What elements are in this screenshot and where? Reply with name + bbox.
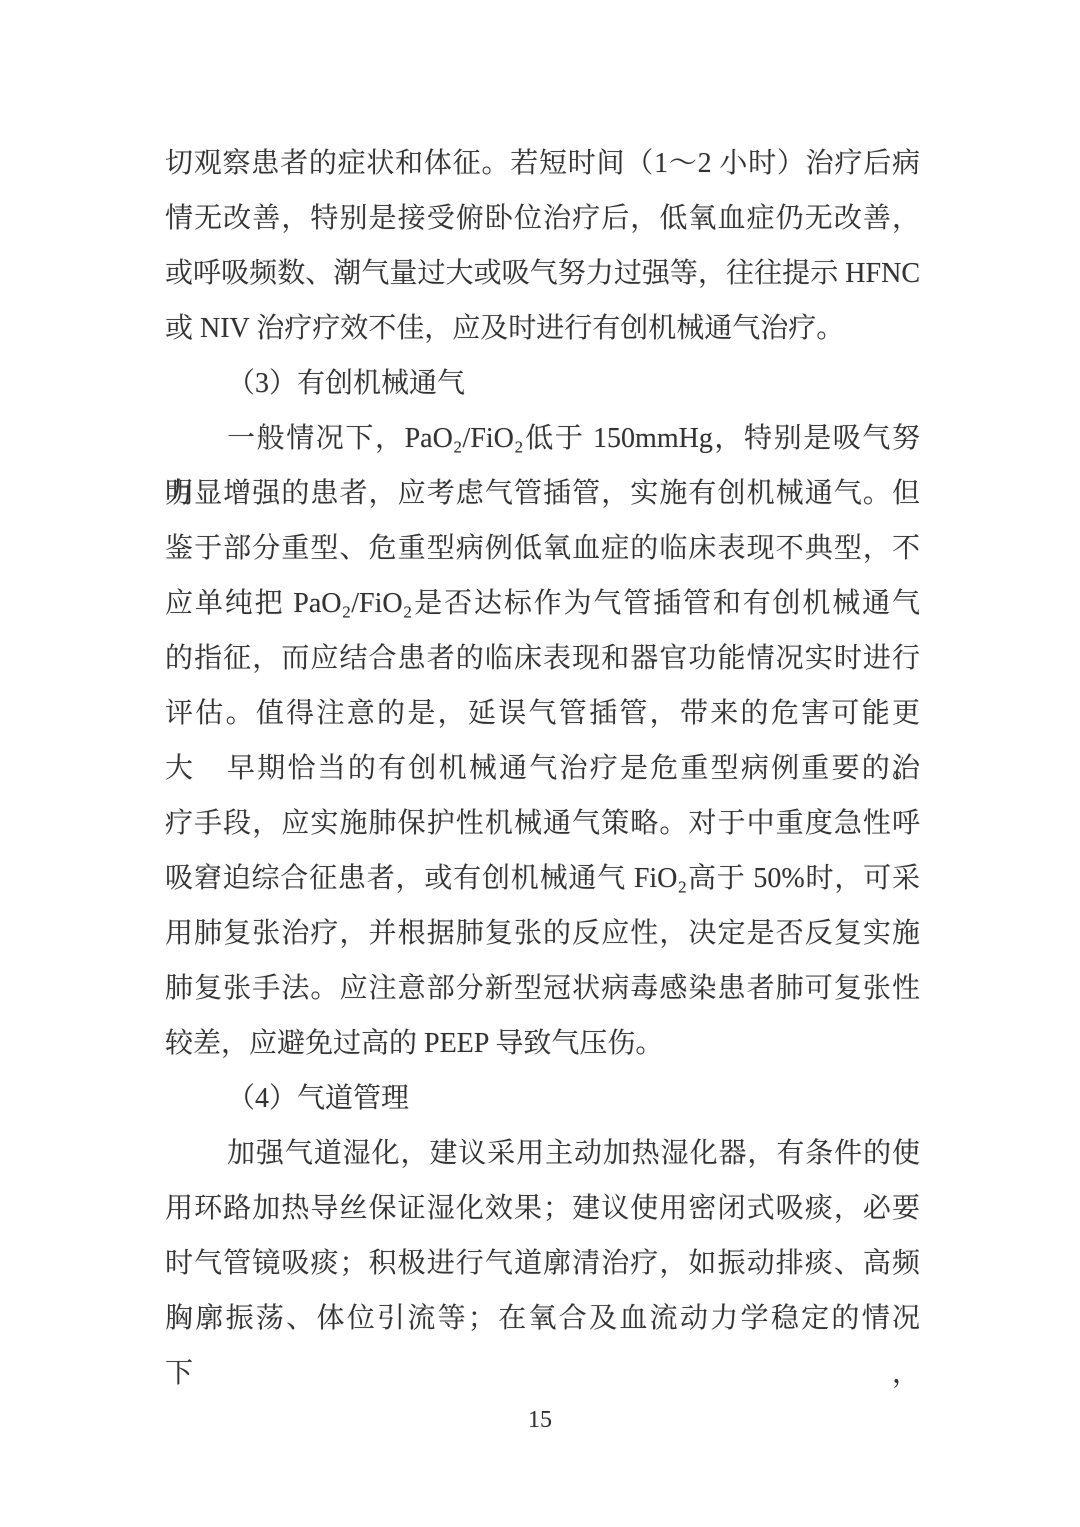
text-line: 或 NIV 治疗疗效不佳，应及时进行有创机械通气治疗。 [165,301,920,356]
document-page: 切观察患者的症状和体征。若短时间（1～2 小时）治疗后病情无改善，特别是接受俯卧… [0,0,1080,1527]
text-line: 用肺复张治疗，并根据肺复张的反应性，决定是否反复实施 [165,906,920,961]
text-line: 或呼吸频数、潮气量过大或吸气努力过强等，往往提示 HFNC [165,246,920,301]
text-line: 鉴于部分重型、危重型病例低氧血症的临床表现不典型，不 [165,521,920,576]
text-line: 胸廓振荡、体位引流等；在氧合及血流动力学稳定的情况下， [165,1291,920,1346]
paragraph: 一般情况下，PaO₂/FiO₂低于 150mmHg，特别是吸气努力明显增强的患者… [165,411,920,741]
paragraph: （3）有创机械通气 [165,356,920,411]
text-line: 明显增强的患者，应考虑气管插管，实施有创机械通气。但 [165,466,920,521]
text-line: 较差，应避免过高的 PEEP 导致气压伤。 [165,1016,920,1071]
paragraph: 切观察患者的症状和体征。若短时间（1～2 小时）治疗后病情无改善，特别是接受俯卧… [165,136,920,356]
text-line: 评估。值得注意的是，延误气管插管，带来的危害可能更大。 [165,686,920,741]
text-line: 情无改善，特别是接受俯卧位治疗后，低氧血症仍无改善， [165,191,920,246]
text-line: （3）有创机械通气 [165,356,920,411]
text-line: 应单纯把 PaO₂/FiO₂是否达标作为气管插管和有创机械通气 [165,576,920,631]
page-footer: 15 [0,1406,1080,1434]
text-line: 吸窘迫综合征患者，或有创机械通气 FiO₂高于 50%时，可采 [165,851,920,906]
document-text-block: 切观察患者的症状和体征。若短时间（1～2 小时）治疗后病情无改善，特别是接受俯卧… [165,136,920,1346]
paragraph: 早期恰当的有创机械通气治疗是危重型病例重要的治疗手段，应实施肺保护性机械通气策略… [165,741,920,1071]
paragraph: （4）气道管理 [165,1071,920,1126]
text-line: 肺复张手法。应注意部分新型冠状病毒感染患者肺可复张性 [165,961,920,1016]
text-line: （4）气道管理 [165,1071,920,1126]
text-line: 一般情况下，PaO₂/FiO₂低于 150mmHg，特别是吸气努力 [165,411,920,466]
page-number: 15 [528,1407,552,1433]
text-line: 用环路加热导丝保证湿化效果；建议使用密闭式吸痰，必要 [165,1181,920,1236]
text-line: 时气管镜吸痰；积极进行气道廓清治疗，如振动排痰、高频 [165,1236,920,1291]
text-line: 切观察患者的症状和体征。若短时间（1～2 小时）治疗后病 [165,136,920,191]
paragraph: 加强气道湿化，建议采用主动加热湿化器，有条件的使用环路加热导丝保证湿化效果；建议… [165,1126,920,1346]
text-line: 早期恰当的有创机械通气治疗是危重型病例重要的治 [165,741,920,796]
text-line: 疗手段，应实施肺保护性机械通气策略。对于中重度急性呼 [165,796,920,851]
text-line: 加强气道湿化，建议采用主动加热湿化器，有条件的使 [165,1126,920,1181]
text-line: 的指征，而应结合患者的临床表现和器官功能情况实时进行 [165,631,920,686]
